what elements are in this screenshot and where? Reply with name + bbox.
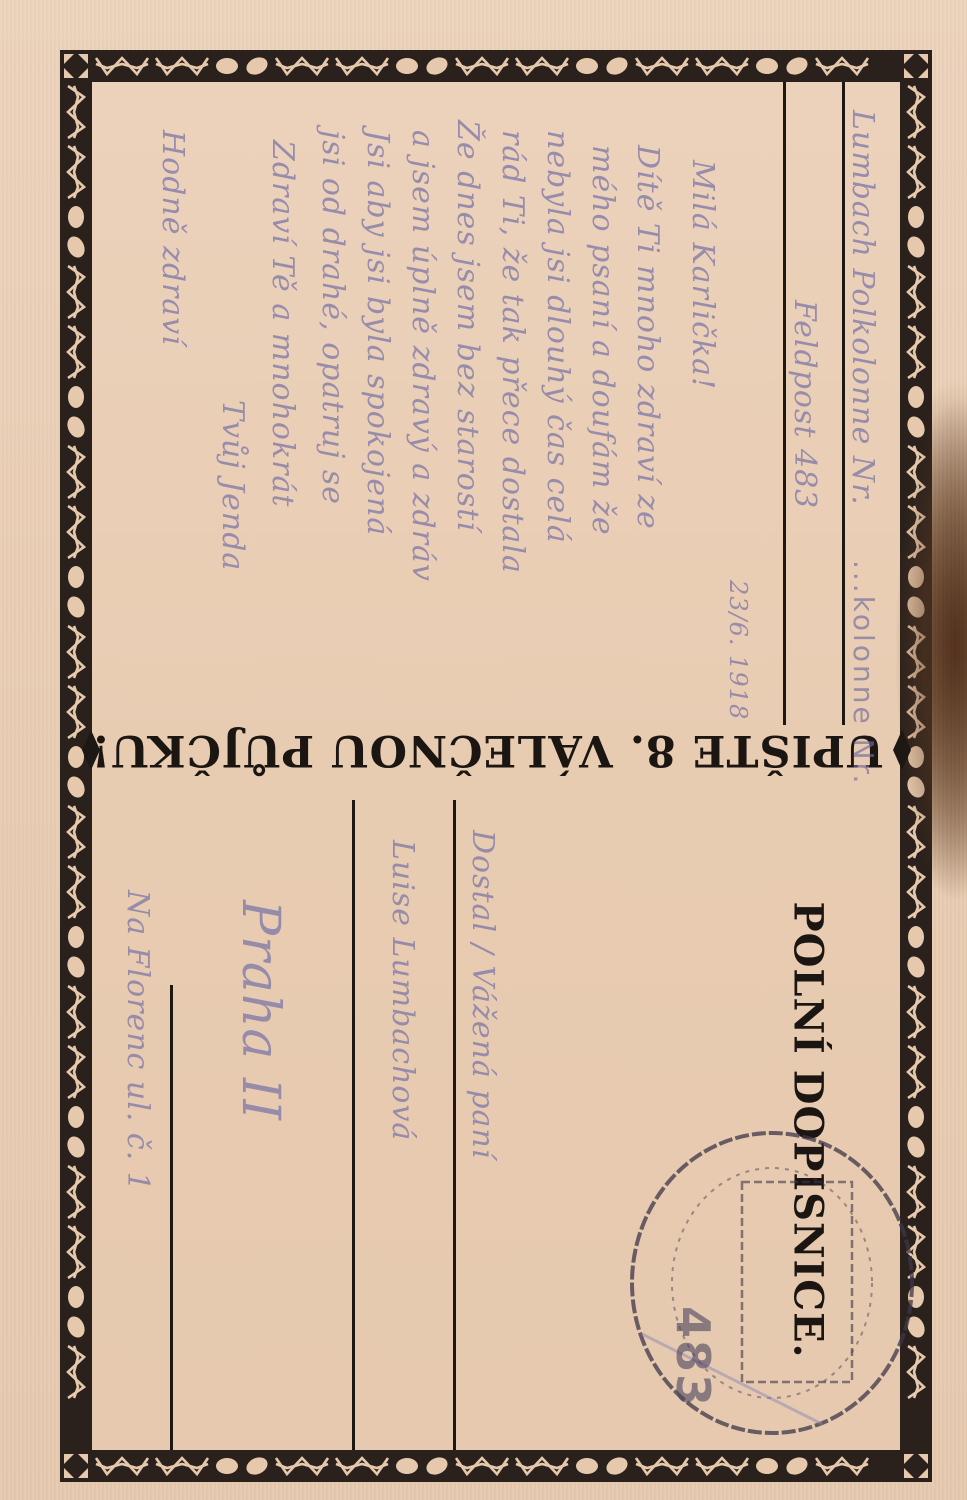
addressee-line-1: Dostal / Vážená paní [465, 830, 500, 1159]
addressee-line-4: Na Florenc ul. č. 1 [120, 890, 155, 1192]
addressee-line-3: Praha II [230, 900, 290, 1121]
message-line: Hodně zdraví [155, 130, 190, 346]
unit-stamp: ...kolonne Nr. [847, 560, 880, 786]
message-line: Jsi aby jsi byla spokojená [360, 130, 395, 536]
message-line: jsi od drahé, opatruj se [315, 130, 350, 505]
message-line: a jsem úplně zdravý a zdráv [405, 130, 440, 582]
address-rule-1 [783, 82, 786, 725]
sender-line-2: Feldpost 483 [787, 300, 822, 509]
sender-line-1: Lumbach Polkolonne Nr. [845, 110, 880, 506]
message-greeting: Milá Karlička! [685, 160, 720, 390]
message-line: Tvůj Jenda [215, 400, 250, 571]
addressee-line-2: Luise Lumbachová [385, 840, 420, 1141]
address-rule-5 [170, 985, 173, 1450]
message-date: 23/6. 1918 [724, 580, 752, 720]
address-rule-3 [453, 800, 456, 1450]
war-loan-slogan: UPIŠTE 8. VÁLEČNOU PŮJČKU! [92, 722, 882, 778]
message-line: Zdraví Tě a mnohokrát [265, 140, 300, 507]
postmark-number: 483 [666, 1306, 720, 1408]
message-line: Dítě Ti mnoho zdraví ze [630, 145, 665, 530]
message-line: mého psaní a doufám že [585, 145, 620, 536]
message-line: Že dnes jsem bez starostí [450, 120, 485, 532]
message-line: rád Ti, že tak přece dostala [495, 130, 530, 574]
address-rule-4 [352, 800, 355, 1450]
message-line: nebyla jsi dlouhý čas celá [540, 130, 575, 544]
